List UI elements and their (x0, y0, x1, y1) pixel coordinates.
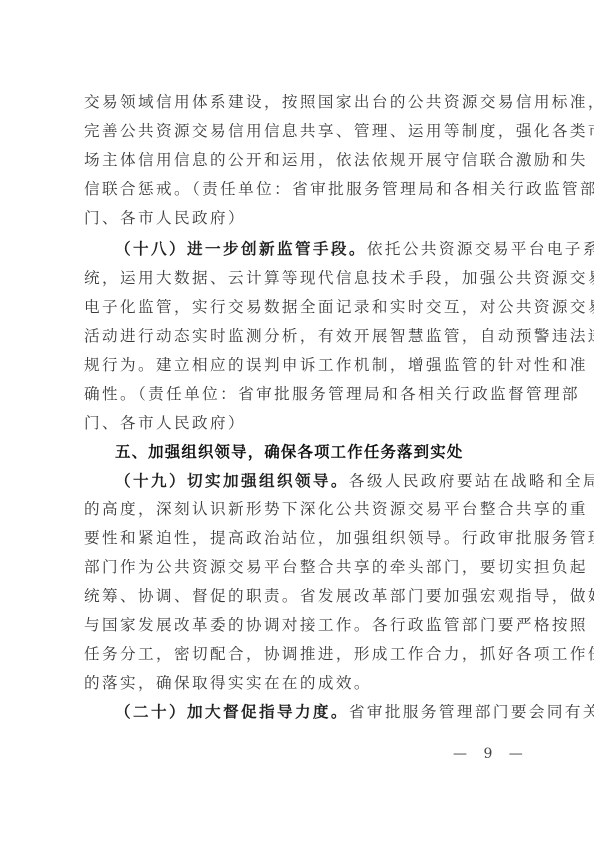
section-18-title: （十八）进一步创新监管手段。 (115, 239, 367, 258)
section-heading-5: 五、加强组织领导，确保各项工作任务落到实处 (84, 438, 520, 467)
paragraph-line: 任务分工，密切配合，协调推进，形成工作合力，抓好各项工作任务 (84, 640, 520, 669)
paragraph-line: 交易领域信用体系建设，按照国家出台的公共资源交易信用标准， (84, 88, 520, 117)
paragraph-line: 电子化监管，实行交易数据全面记录和实时交互，对公共资源交易 (84, 293, 520, 322)
paragraph-line: 的落实，确保取得实实在在的成效。 (84, 669, 520, 698)
document-page: 交易领域信用体系建设，按照国家出台的公共资源交易信用标准， 完善公共资源交易信用… (0, 0, 594, 843)
paragraph-line: 完善公共资源交易信用信息共享、管理、运用等制度，强化各类市 (84, 117, 520, 146)
paragraph-line: 与国家发展改革委的协调对接工作。各行政监管部门要严格按照 (84, 611, 520, 640)
section-19-text: 各级人民政府要站在战略和全局 (349, 472, 594, 490)
paragraph-line: 的高度，深刻认识新形势下深化公共资源交易平台整合共享的重 (84, 495, 520, 524)
section-20-text: 省审批服务管理部门要会同有关 (349, 703, 594, 721)
paragraph-line: 部门作为公共资源交易平台整合共享的牵头部门，要切实担负起 (84, 553, 520, 582)
section-20-title: （二十）加大督促指导力度。 (115, 702, 349, 721)
section-19-first-line: （十九）切实加强组织领导。各级人民政府要站在战略和全局 (84, 467, 520, 496)
paragraph-line: 要性和紧迫性，提高政治站位，加强组织领导。行政审批服务管理 (84, 524, 520, 553)
paragraph-line: 门、各市人民政府） (84, 204, 520, 233)
section-18-first-line: （十八）进一步创新监管手段。依托公共资源交易平台电子系 (84, 235, 520, 264)
section-19-title: （十九）切实加强组织领导。 (115, 471, 349, 490)
paragraph-line: 确性。（责任单位：省审批服务管理局和各相关行政监督管理部 (84, 380, 520, 409)
document-body: 交易领域信用体系建设，按照国家出台的公共资源交易信用标准， 完善公共资源交易信用… (84, 88, 520, 727)
paragraph-line: 统筹、协调、督促的职责。省发展改革部门要加强宏观指导，做好 (84, 582, 520, 611)
section-20-first-line: （二十）加大督促指导力度。省审批服务管理部门要会同有关 (84, 698, 520, 727)
paragraph-line: 场主体信用信息的公开和运用，依法依规开展守信联合激励和失 (84, 146, 520, 175)
paragraph-line: 规行为。建立相应的误判申诉工作机制，增强监管的针对性和准 (84, 351, 520, 380)
paragraph-line: 信联合惩戒。（责任单位：省审批服务管理局和各相关行政监管部 (84, 175, 520, 204)
page-number: — 9 — (453, 746, 529, 762)
section-18-text: 依托公共资源交易平台电子系 (367, 240, 594, 258)
paragraph-line: 门、各市人民政府） (84, 409, 520, 438)
paragraph-line: 活动进行动态实时监测分析，有效开展智慧监管，自动预警违法违 (84, 322, 520, 351)
paragraph-line: 统，运用大数据、云计算等现代信息技术手段，加强公共资源交易 (84, 264, 520, 293)
